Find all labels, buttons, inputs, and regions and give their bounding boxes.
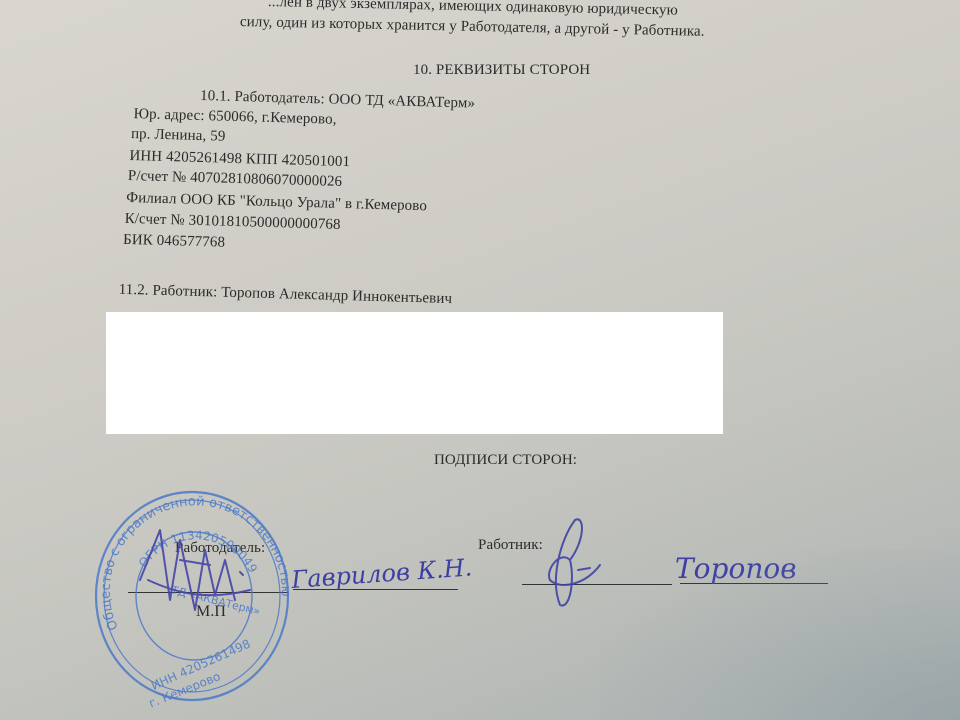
employer-address: Юр. адрес: 650066, г.Кемерово, (133, 106, 336, 129)
employee-heading: 11.2. Работник: Торопов Александр Инноке… (118, 282, 452, 308)
section-title: 10. РЕКВИЗИТЫ СТОРОН (413, 62, 590, 79)
employer-handwritten-name: Гаврилов К.Н. (289, 553, 473, 594)
employer-corr-account: К/счет № 30101810500000000768 (124, 211, 340, 234)
employer-inn: ИНН 4205261498 КПП 420501001 (129, 148, 350, 171)
employee-handwritten-name: Торопов (675, 552, 797, 585)
document-page: ...лен в двух экземплярах, имеющих одина… (0, 0, 960, 720)
employee-signature: Торопов (530, 510, 850, 620)
signatures-title: ПОДПИСИ СТОРОН: (434, 452, 577, 469)
employer-signature: Гаврилов К.Н. (120, 520, 480, 620)
redaction-box (106, 312, 723, 434)
employer-street: пр. Ленина, 59 (131, 126, 226, 146)
employer-account: Р/счет № 40702810806070000026 (128, 168, 343, 191)
employer-bik: БИК 046577768 (123, 232, 225, 252)
